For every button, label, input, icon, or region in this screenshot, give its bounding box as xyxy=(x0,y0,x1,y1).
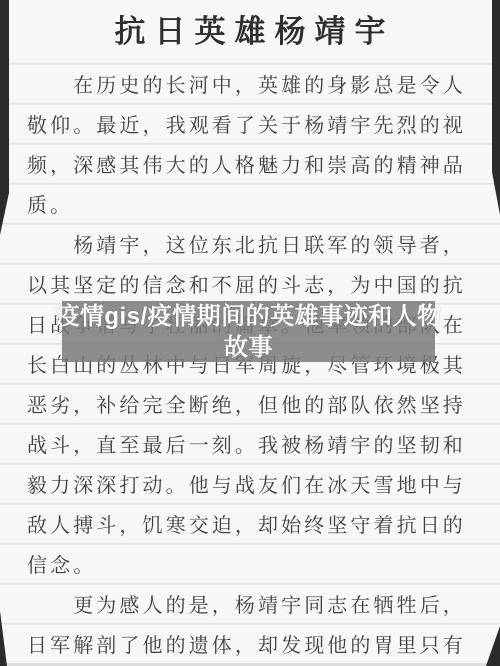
essay-body: 在历史的长河中，英雄的身影总是令人 敬仰。最近，我观看了关于杨靖宇先烈的视 频，… xyxy=(27,63,477,663)
text-line: 更为感人的是，杨靖宇同志在牺牲后， xyxy=(27,583,477,623)
watermark-overlay-banner: 疫情gis/疫情期间的英雄事迹和人物 故事 xyxy=(62,301,435,362)
text-line: 以其坚定的信念和不屈的斗志，为中国的抗 xyxy=(27,263,477,303)
text-line: 战斗，直至最后一刻。我被杨靖宇的坚韧和 xyxy=(27,423,477,463)
overlay-title-line-1: 疫情gis/疫情期间的英雄事迹和人物 xyxy=(55,301,441,332)
text-line: 频，深感其伟大的人格魅力和崇高的精神品 xyxy=(27,143,477,183)
text-line: 在历史的长河中，英雄的身影总是令人 xyxy=(27,63,477,103)
text-line: 恶劣，补给完全断绝，但他的部队依然坚持 xyxy=(27,383,477,423)
text-line: 敌人搏斗，饥寒交迫，却始终坚守着抗日的 xyxy=(27,503,477,543)
text-line: 质。 xyxy=(27,183,477,223)
handwritten-essay-page: 抗日英雄杨靖宇 在历史的长河中，英雄的身影总是令人 敬仰。最近，我观看了关于杨靖… xyxy=(0,0,500,666)
text-line: 杨靖宇，这位东北抗日联军的领导者， xyxy=(27,223,477,263)
overlay-title-line-2: 故事 xyxy=(224,332,273,363)
text-line: 信念。 xyxy=(27,543,477,583)
text-line: 毅力深深打动。他与战友们在冰天雪地中与 xyxy=(27,463,477,503)
page-title: 抗日英雄杨靖宇 xyxy=(0,6,500,50)
text-line: 日军解剖了他的遗体，却发现他的胃里只有 xyxy=(27,623,477,663)
text-line: 敬仰。最近，我观看了关于杨靖宇先烈的视 xyxy=(27,103,477,143)
